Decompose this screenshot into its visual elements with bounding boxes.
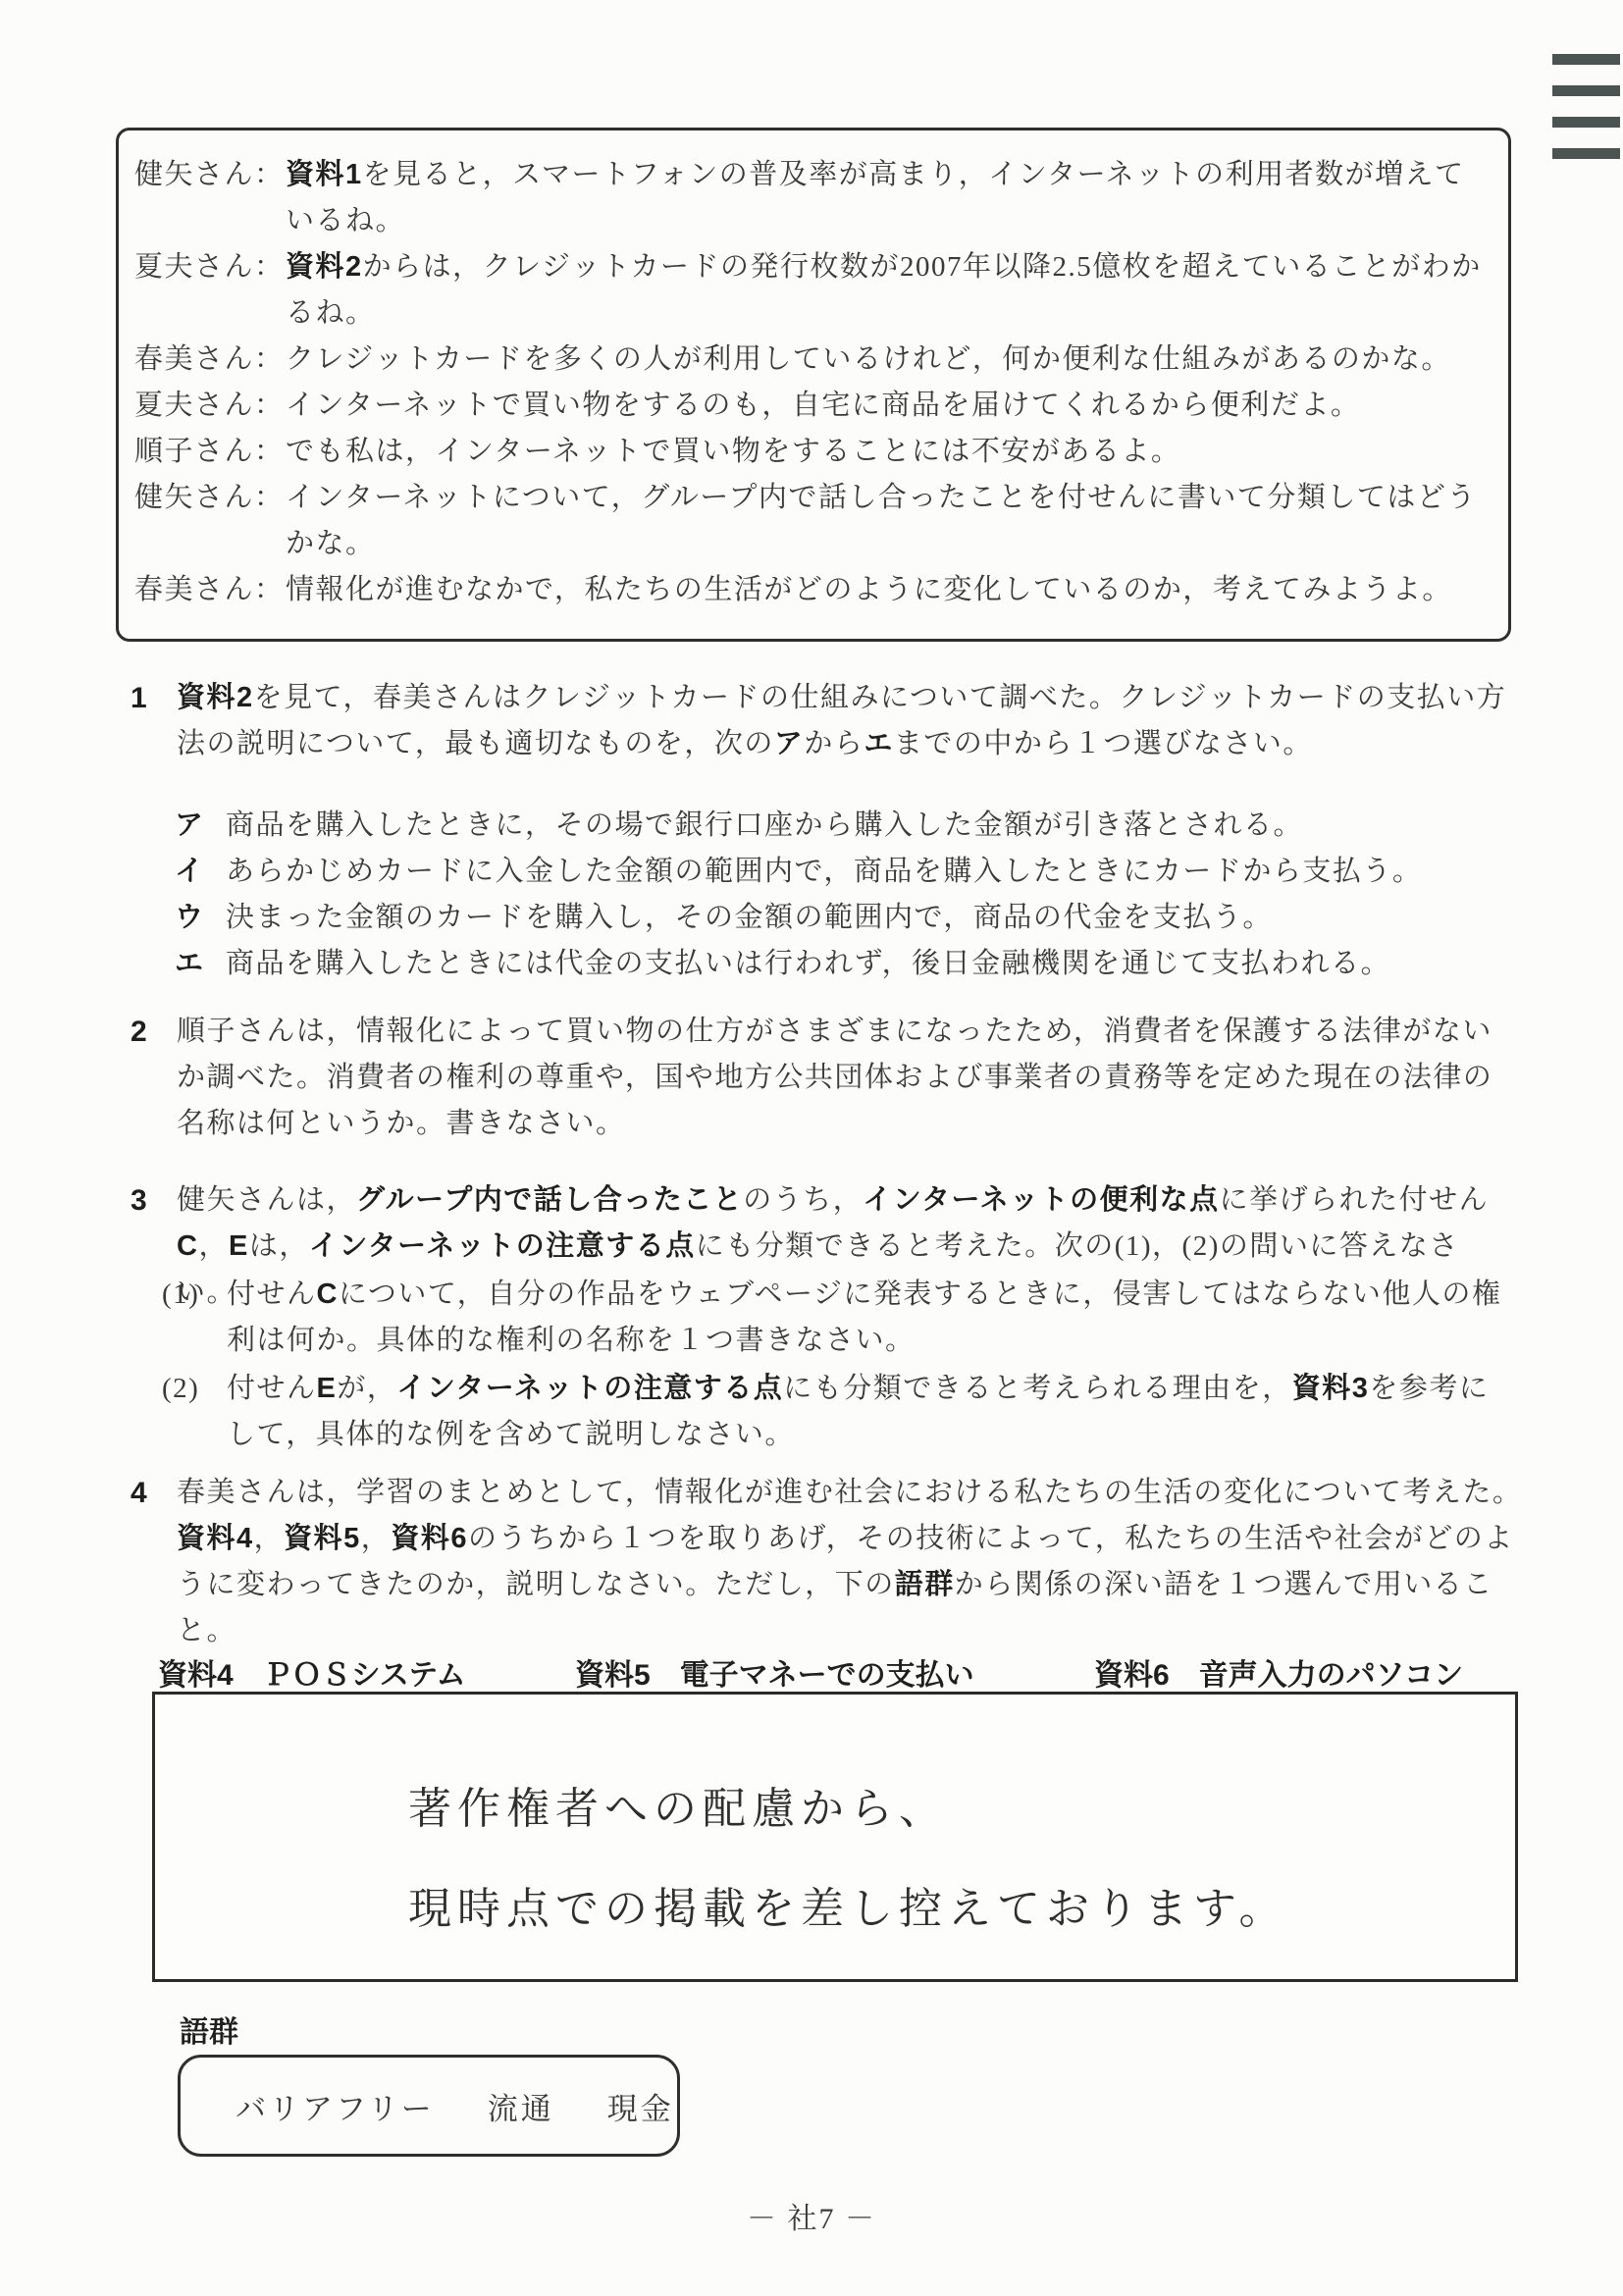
material-4-label: 資料4 [158, 1650, 234, 1694]
text-segment: 資料3 [1292, 1373, 1370, 1404]
text-segment: インターネットについて，グループ内で話し合ったことを付せんに書いて分類してはどう… [286, 482, 1477, 559]
text-segment: 資料4 [177, 1523, 254, 1554]
dialogue-line: 順子さん： でも私は，インターネットで買い物をすることには不安があるよ。 [134, 429, 1491, 475]
question-2-text: 順子さんは，情報化によって買い物の仕方がさまざまになったため，消費者を保護する法… [177, 1009, 1516, 1147]
copyright-notice-line-1: 著作権者への配慮から、 [408, 1759, 1515, 1859]
material-4-title: ＰＯＳシステム [263, 1650, 466, 1694]
dialogue-text: 情報化が進むなかで，私たちの生活がどのように変化しているのか，考えてみようよ。 [286, 567, 1491, 613]
choice-label: イ [175, 849, 226, 895]
material-6-label: 資料6 [1094, 1650, 1170, 1694]
speaker-name: 健矢さん： [134, 152, 286, 244]
speaker-name: 夏夫さん： [134, 383, 286, 429]
question-1-number: 1 [131, 675, 177, 767]
registration-bar-icon [1552, 85, 1620, 96]
text-segment: ， [361, 1523, 392, 1554]
sub-question-text: 付せんEが，インターネットの注意する点にも分類できると考えられる理由を，資料3を… [227, 1366, 1508, 1458]
choice-text: 商品を購入したときに，その場で銀行口座から購入した金額が引き落とされる。 [226, 803, 1494, 849]
question-1-choices: ア 商品を購入したときに，その場で銀行口座から購入した金額が引き落とされる。 イ… [175, 803, 1494, 987]
material-6-heading: 資料6 音声入力のパソコン [1094, 1650, 1463, 1694]
text-segment: C [317, 1278, 339, 1310]
text-segment: 資料2 [286, 251, 363, 283]
text-segment: インターネットの便利な点 [863, 1184, 1219, 1216]
speaker-name: 夏夫さん： [134, 244, 286, 337]
registration-bar-icon [1552, 117, 1620, 128]
text-segment: E [317, 1373, 338, 1404]
choice-row: ウ 決まった金額のカードを購入し，その金額の範囲内で，商品の代金を支払う。 [175, 895, 1494, 941]
text-segment: ， [254, 1523, 285, 1554]
text-segment: 資料5 [284, 1523, 361, 1554]
exam-page: 健矢さん： 資料1を見ると，スマートフォンの普及率が高まり，インターネットの利用… [0, 0, 1623, 2296]
word-group-word: 流通 [488, 2084, 554, 2128]
dialogue-text: インターネットについて，グループ内で話し合ったことを付せんに書いて分類してはどう… [286, 475, 1491, 567]
speaker-name: 順子さん： [134, 429, 286, 475]
dialogue-line: 夏夫さん： インターネットで買い物をするのも，自宅に商品を届けてくれるから便利だ… [134, 383, 1491, 429]
dialogue-line: 春美さん： クレジットカードを多くの人が利用しているけれど，何か便利な仕組みがあ… [134, 337, 1491, 383]
dialogue-line: 健矢さん： インターネットについて，グループ内で話し合ったことを付せんに書いて分… [134, 475, 1491, 567]
text-segment: インターネットの注意する点 [396, 1373, 783, 1404]
speaker-name: 春美さん： [134, 337, 286, 383]
dialogue-box: 健矢さん： 資料1を見ると，スマートフォンの普及率が高まり，インターネットの利用… [116, 128, 1511, 642]
word-group-label: 語群 [180, 2008, 238, 2051]
text-segment: グループ内で話し合ったこと [356, 1184, 743, 1216]
choice-row: ア 商品を購入したときに，その場で銀行口座から購入した金額が引き落とされる。 [175, 803, 1494, 849]
choice-text: 決まった金額のカードを購入し，その金額の範囲内で，商品の代金を支払う。 [226, 895, 1494, 941]
text-segment: 順子さんは，情報化によって買い物の仕方がさまざまになったため，消費者を保護する法… [177, 1016, 1492, 1139]
registration-marks [1552, 54, 1620, 180]
text-segment: ア [774, 728, 805, 759]
text-segment: から [804, 728, 864, 759]
text-segment: 資料2 [177, 682, 254, 713]
choice-label: ア [175, 803, 226, 849]
text-segment: でも私は，インターネットで買い物をすることには不安があるよ。 [286, 436, 1180, 467]
copyright-notice-line-2: 現時点での掲載を差し控えております。 [408, 1859, 1515, 1959]
page-number: － 社7 － [0, 2194, 1623, 2237]
text-segment: E [229, 1230, 249, 1262]
text-segment: 付せん [227, 1373, 317, 1404]
copyright-notice-box: 著作権者への配慮から、 現時点での掲載を差し控えております。 [152, 1692, 1518, 1982]
text-segment: 語群 [895, 1569, 955, 1600]
dialogue-line: 夏夫さん： 資料2からは，クレジットカードの発行枚数が2007年以降2.5億枚を… [134, 244, 1491, 337]
question-3-sub-1: (1) 付せんCについて，自分の作品をウェブページに発表するときに，侵害してはな… [162, 1272, 1508, 1364]
material-5-label: 資料5 [575, 1650, 651, 1694]
dialogue-line: 春美さん： 情報化が進むなかで，私たちの生活がどのように変化しているのか，考えて… [134, 567, 1491, 613]
text-segment: C [177, 1230, 198, 1262]
text-segment: からは，クレジットカードの発行枚数が2007年以降2.5億枚を超えていることがわ… [286, 251, 1482, 329]
text-segment: 春美さんは，学習のまとめとして，情報化が進む社会における私たちの生活の変化につい… [177, 1477, 1522, 1508]
text-segment: 付せん [227, 1278, 317, 1310]
material-4-heading: 資料4 ＰＯＳシステム [158, 1650, 466, 1694]
sub-question-label: (2) [162, 1366, 227, 1458]
choice-text: あらかじめカードに入金した金額の範囲内で，商品を購入したときにカードから支払う。 [226, 849, 1494, 895]
dialogue-text: インターネットで買い物をするのも，自宅に商品を届けてくれるから便利だよ。 [286, 383, 1491, 429]
choice-label: エ [175, 941, 226, 987]
text-segment: のうち， [743, 1184, 863, 1216]
text-segment: 情報化が進むなかで，私たちの生活がどのように変化しているのか，考えてみようよ。 [286, 574, 1452, 605]
choice-row: エ 商品を購入したときには代金の支払いは行われず，後日金融機関を通じて支払われる… [175, 941, 1494, 987]
text-segment: エ [864, 728, 894, 759]
text-segment: について，自分の作品をウェブページに発表するときに，侵害してはならない他人の権利… [227, 1278, 1501, 1356]
choice-label: ウ [175, 895, 226, 941]
text-segment: ， [198, 1230, 229, 1262]
dialogue-line: 健矢さん： 資料1を見ると，スマートフォンの普及率が高まり，インターネットの利用… [134, 152, 1491, 244]
dialogue-text: クレジットカードを多くの人が利用しているけれど，何か便利な仕組みがあるのかな。 [286, 337, 1491, 383]
choice-row: イ あらかじめカードに入金した金額の範囲内で，商品を購入したときにカードから支払… [175, 849, 1494, 895]
question-2: 2 順子さんは，情報化によって買い物の仕方がさまざまになったため，消費者を保護す… [131, 1009, 1516, 1147]
speaker-name: 健矢さん： [134, 475, 286, 567]
text-segment: にも分類できると考えられる理由を， [783, 1373, 1292, 1404]
choice-text: 商品を購入したときには代金の支払いは行われず，後日金融機関を通じて支払われる。 [226, 941, 1494, 987]
word-group-word: バリアフリー [236, 2084, 435, 2128]
text-segment: 資料6 [391, 1523, 468, 1554]
question-4: 4 春美さんは，学習のまとめとして，情報化が進む社会における私たちの生活の変化に… [131, 1470, 1524, 1654]
registration-bar-icon [1552, 148, 1620, 159]
question-4-number: 4 [131, 1470, 177, 1654]
materials-row: 資料4 ＰＯＳシステム 資料5 電子マネーでの支払い 資料6 音声入力のパソコン [0, 1650, 1623, 1692]
sub-question-text: 付せんCについて，自分の作品をウェブページに発表するときに，侵害してはならない他… [227, 1272, 1508, 1364]
material-5-heading: 資料5 電子マネーでの支払い [575, 1650, 974, 1694]
text-segment: までの中から１つ選びなさい。 [894, 728, 1313, 759]
question-2-number: 2 [131, 1009, 177, 1147]
text-segment: 健矢さんは， [177, 1184, 356, 1216]
material-5-title: 電子マネーでの支払い [680, 1650, 974, 1694]
material-6-title: 音声入力のパソコン [1199, 1650, 1463, 1694]
word-group-box: バリアフリー 流通 現金 [178, 2055, 680, 2157]
dialogue-text: でも私は，インターネットで買い物をすることには不安があるよ。 [286, 429, 1491, 475]
question-1: 1 資料2を見て，春美さんはクレジットカードの仕組みについて調べた。クレジットカ… [131, 675, 1516, 767]
text-segment: インターネットの注意する点 [309, 1230, 696, 1262]
word-group-word: 現金 [607, 2084, 674, 2128]
question-4-text: 春美さんは，学習のまとめとして，情報化が進む社会における私たちの生活の変化につい… [177, 1470, 1524, 1654]
text-segment: を見ると，スマートフォンの普及率が高まり，インターネットの利用者数が増えているね… [286, 159, 1465, 236]
question-3-sub-2: (2) 付せんEが，インターネットの注意する点にも分類できると考えられる理由を，… [162, 1366, 1508, 1458]
dialogue-text: 資料1を見ると，スマートフォンの普及率が高まり，インターネットの利用者数が増えて… [286, 152, 1491, 244]
dialogue-text: 資料2からは，クレジットカードの発行枚数が2007年以降2.5億枚を超えているこ… [286, 244, 1491, 337]
sub-question-label: (1) [162, 1272, 227, 1364]
text-segment: 資料1 [286, 159, 363, 190]
text-segment: は， [249, 1230, 309, 1262]
speaker-name: 春美さん： [134, 567, 286, 613]
text-segment: インターネットで買い物をするのも，自宅に商品を届けてくれるから便利だよ。 [286, 390, 1360, 421]
text-segment: に挙げられた付せん [1220, 1184, 1490, 1216]
registration-bar-icon [1552, 54, 1620, 65]
text-segment: クレジットカードを多くの人が利用しているけれど，何か便利な仕組みがあるのかな。 [286, 343, 1451, 375]
question-1-text: 資料2を見て，春美さんはクレジットカードの仕組みについて調べた。クレジットカード… [177, 675, 1516, 767]
text-segment: が， [337, 1373, 396, 1404]
